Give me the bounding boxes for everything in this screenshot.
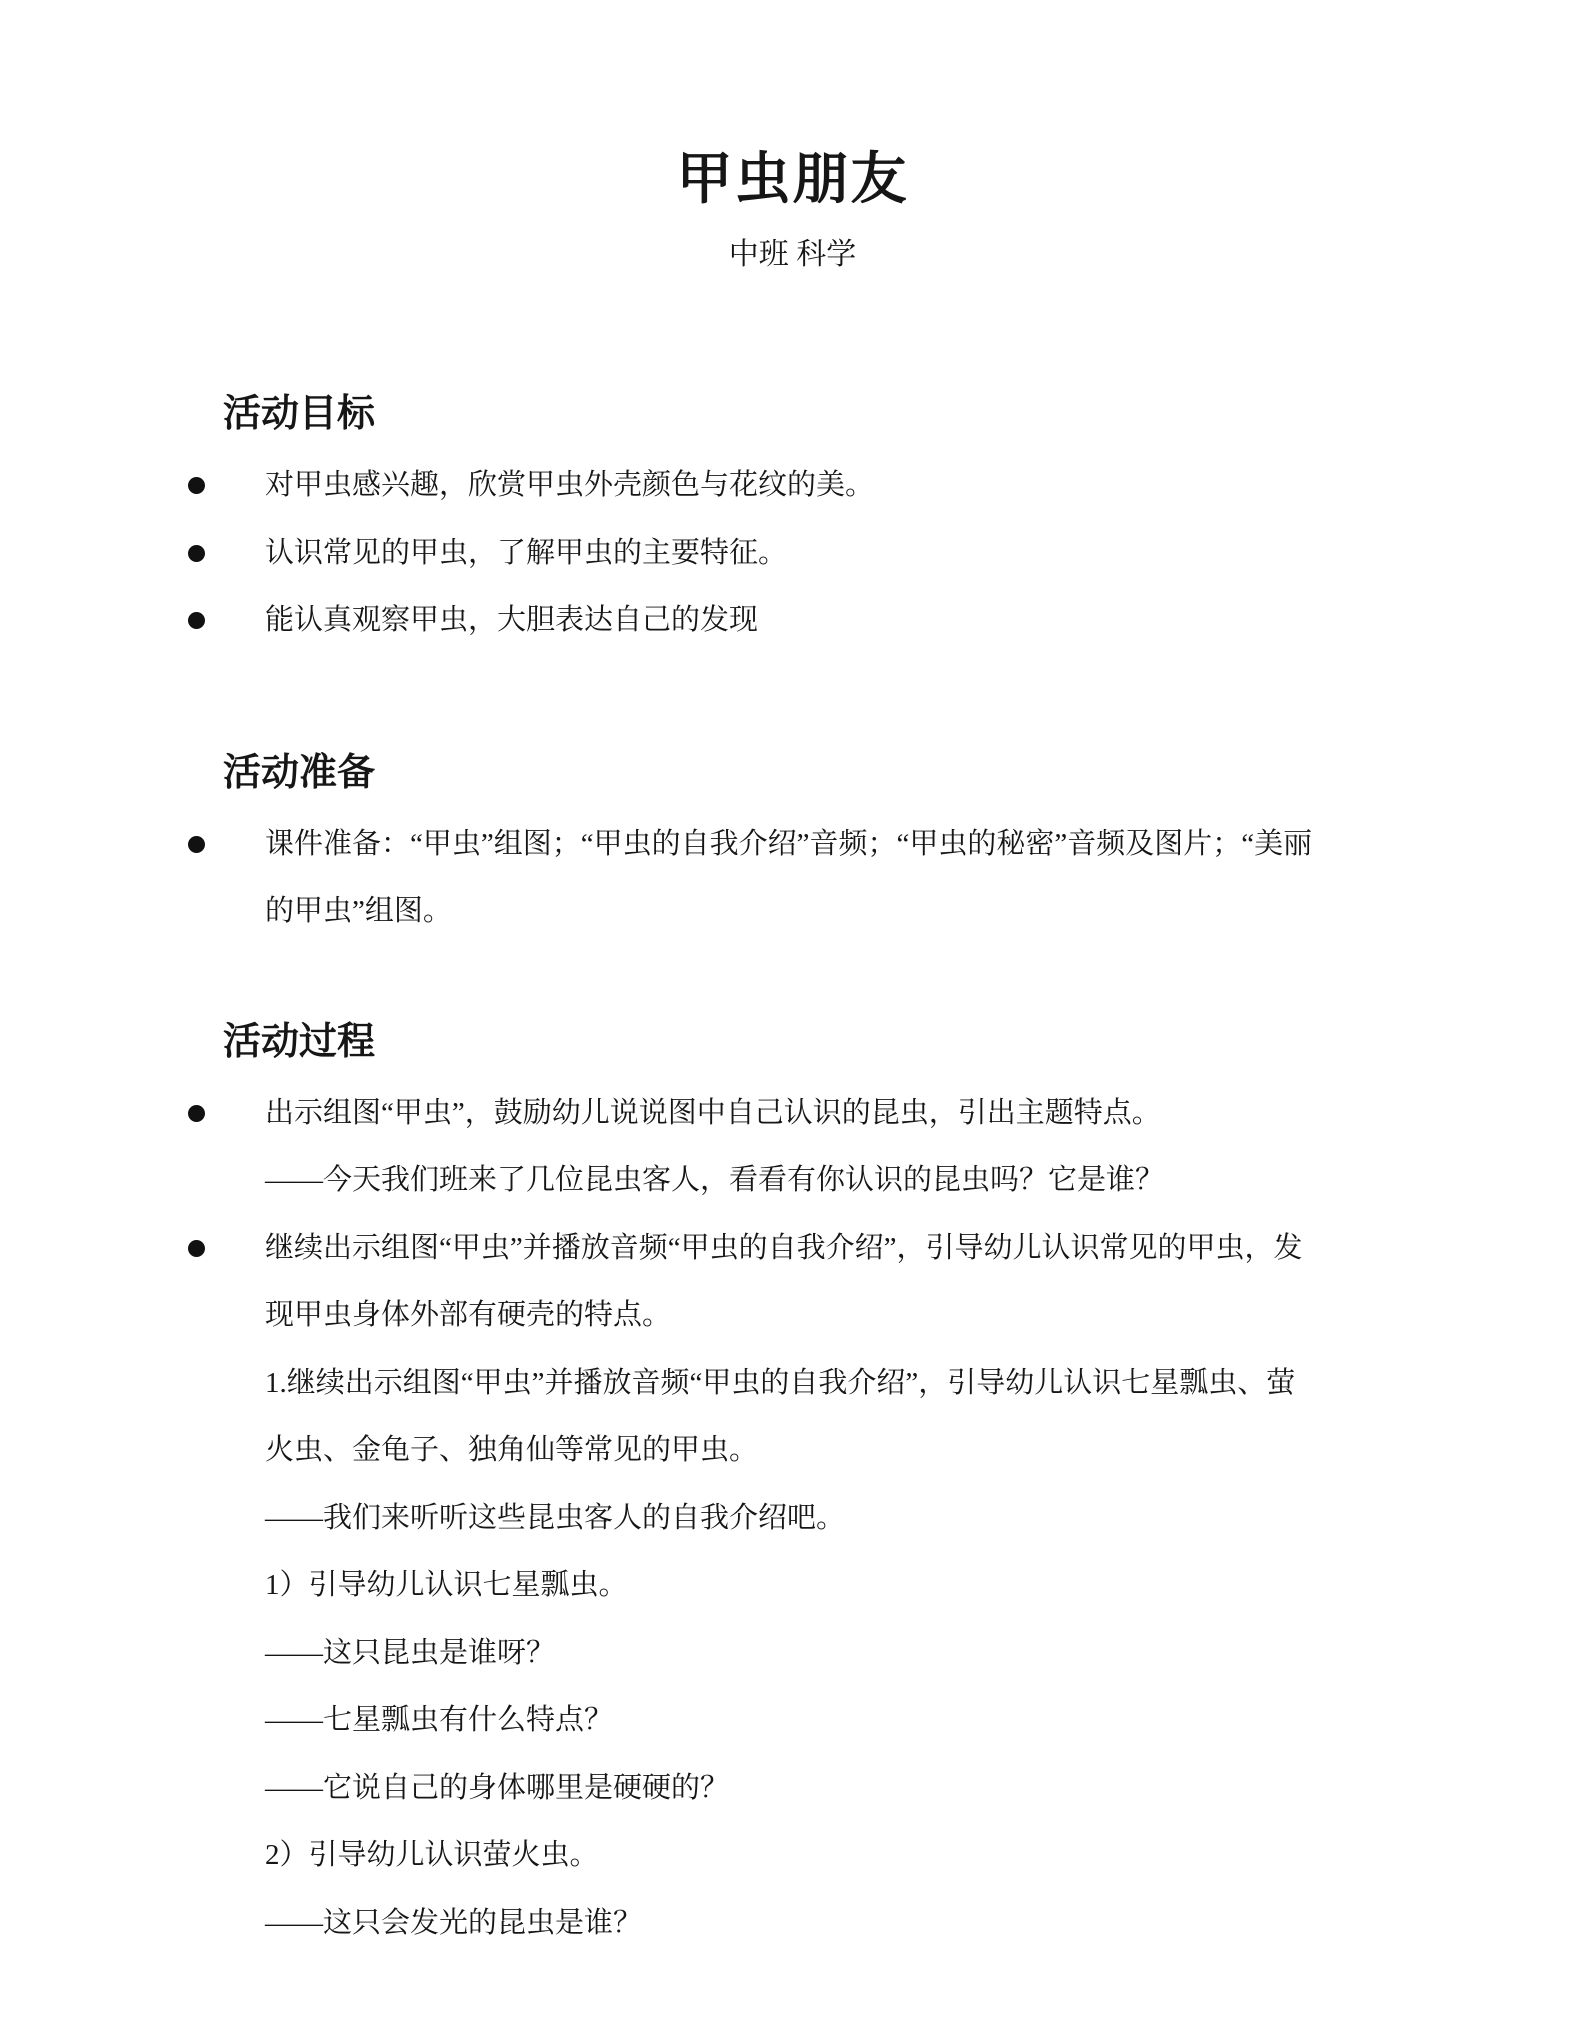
bullet-list: 对甲虫感兴趣，欣赏甲虫外壳颜色与花纹的美。 认识常见的甲虫，了解甲虫的主要特征。…	[185, 452, 1400, 655]
item-line: 对甲虫感兴趣，欣赏甲虫外壳颜色与花纹的美。	[265, 452, 1400, 520]
section-preparation: 活动准备 课件准备：“甲虫”组图；“甲虫的自我介绍”音频；“甲虫的秘密”音频及图…	[185, 749, 1400, 946]
bullet-icon	[188, 612, 205, 629]
list-item: 认识常见的甲虫，了解甲虫的主要特征。	[185, 520, 1400, 588]
item-line: 火虫、金龟子、独角仙等常见的甲虫。	[265, 1417, 1400, 1485]
list-item: ——我们来听听这些昆虫客人的自我介绍吧。	[185, 1485, 1400, 1553]
list-item: 1.继续出示组图“甲虫”并播放音频“甲虫的自我介绍”，引导幼儿认识七星瓢虫、萤 …	[185, 1350, 1400, 1485]
bullet-icon	[188, 836, 205, 853]
bullet-icon	[188, 477, 205, 494]
bullet-icon	[188, 545, 205, 562]
list-item: 1）引导幼儿认识七星瓢虫。	[185, 1552, 1400, 1620]
item-line: 出示组图“甲虫”，鼓励幼儿说说图中自己认识的昆虫，引出主题特点。	[265, 1080, 1400, 1148]
page-title: 甲虫朋友	[185, 0, 1400, 215]
bullet-icon	[188, 1105, 205, 1122]
section-title: 活动准备	[223, 749, 1400, 797]
item-line: ——我们来听听这些昆虫客人的自我介绍吧。	[265, 1485, 1400, 1553]
list-item: 出示组图“甲虫”，鼓励幼儿说说图中自己认识的昆虫，引出主题特点。	[185, 1080, 1400, 1148]
item-line: 2）引导幼儿认识萤火虫。	[265, 1822, 1400, 1890]
list-item: 能认真观察甲虫，大胆表达自己的发现	[185, 587, 1400, 655]
list-item: ——七星瓢虫有什么特点？	[185, 1687, 1400, 1755]
list-item: ——这只昆虫是谁呀？	[185, 1620, 1400, 1688]
item-line: 现甲虫身体外部有硬壳的特点。	[265, 1282, 1400, 1350]
item-line: ——这只会发光的昆虫是谁？	[265, 1890, 1400, 1958]
section-title: 活动过程	[223, 1018, 1400, 1066]
bullet-list: 出示组图“甲虫”，鼓励幼儿说说图中自己认识的昆虫，引出主题特点。 ——今天我们班…	[185, 1080, 1400, 1958]
item-line: 的甲虫”组图。	[265, 878, 1400, 946]
item-line: ——它说自己的身体哪里是硬硬的？	[265, 1755, 1400, 1823]
item-line: ——今天我们班来了几位昆虫客人，看看有你认识的昆虫吗？它是谁？	[265, 1147, 1400, 1215]
list-item: ——这只会发光的昆虫是谁？	[185, 1890, 1400, 1958]
item-line: 能认真观察甲虫，大胆表达自己的发现	[265, 587, 1400, 655]
list-item: 继续出示组图“甲虫”并播放音频“甲虫的自我介绍”，引导幼儿认识常见的甲虫，发 现…	[185, 1215, 1400, 1350]
item-line: 继续出示组图“甲虫”并播放音频“甲虫的自我介绍”，引导幼儿认识常见的甲虫，发	[265, 1215, 1400, 1283]
bullet-list: 课件准备：“甲虫”组图；“甲虫的自我介绍”音频；“甲虫的秘密”音频及图片；“美丽…	[185, 811, 1400, 946]
item-line: 1）引导幼儿认识七星瓢虫。	[265, 1552, 1400, 1620]
item-line: 认识常见的甲虫，了解甲虫的主要特征。	[265, 520, 1400, 588]
item-line: 课件准备：“甲虫”组图；“甲虫的自我介绍”音频；“甲虫的秘密”音频及图片；“美丽	[265, 811, 1400, 879]
list-item: 对甲虫感兴趣，欣赏甲虫外壳颜色与花纹的美。	[185, 452, 1400, 520]
section-title: 活动目标	[223, 390, 1400, 438]
section-goals: 活动目标 对甲虫感兴趣，欣赏甲虫外壳颜色与花纹的美。 认识常见的甲虫，了解甲虫的…	[185, 390, 1400, 655]
list-item: 课件准备：“甲虫”组图；“甲虫的自我介绍”音频；“甲虫的秘密”音频及图片；“美丽…	[185, 811, 1400, 946]
section-process: 活动过程 出示组图“甲虫”，鼓励幼儿说说图中自己认识的昆虫，引出主题特点。 ——…	[185, 1018, 1400, 1958]
document-page: 甲虫朋友 中班 科学 活动目标 对甲虫感兴趣，欣赏甲虫外壳颜色与花纹的美。 认识…	[0, 0, 1587, 1957]
list-item: ——它说自己的身体哪里是硬硬的？	[185, 1755, 1400, 1823]
list-item: 2）引导幼儿认识萤火虫。	[185, 1822, 1400, 1890]
item-line: ——七星瓢虫有什么特点？	[265, 1687, 1400, 1755]
list-item: ——今天我们班来了几位昆虫客人，看看有你认识的昆虫吗？它是谁？	[185, 1147, 1400, 1215]
item-line: 1.继续出示组图“甲虫”并播放音频“甲虫的自我介绍”，引导幼儿认识七星瓢虫、萤	[265, 1350, 1400, 1418]
page-subtitle: 中班 科学	[185, 235, 1400, 275]
item-line: ——这只昆虫是谁呀？	[265, 1620, 1400, 1688]
bullet-icon	[188, 1240, 205, 1257]
